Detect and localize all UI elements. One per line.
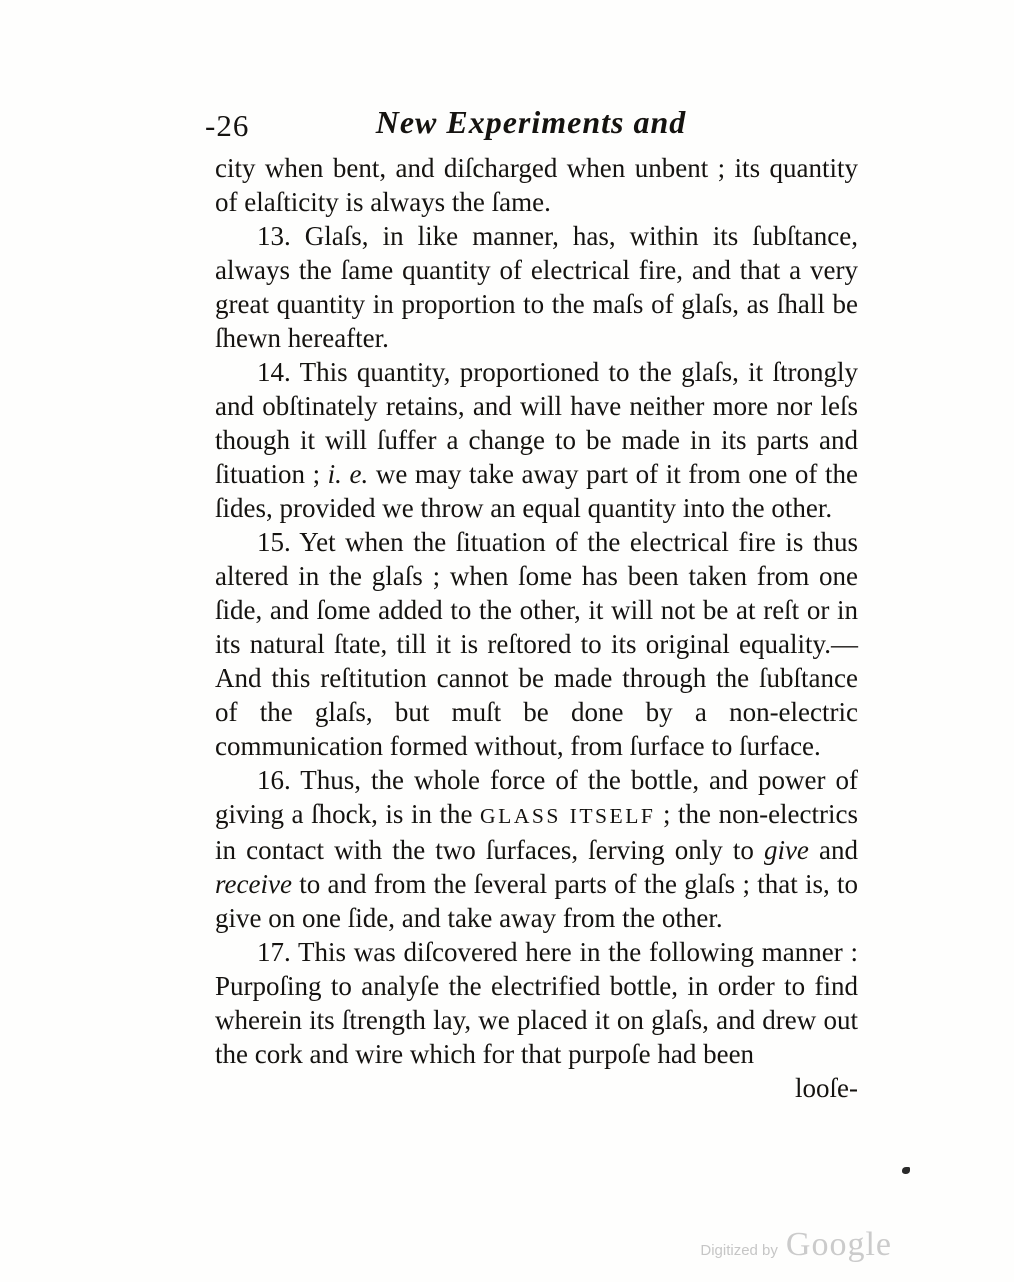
google-logo: Google [786, 1226, 892, 1264]
digitization-watermark: Digitized by Google [700, 1226, 892, 1264]
text-segment: 13. Glaſs, in like manner, has, within i… [215, 221, 858, 353]
text-segment: and [809, 835, 858, 865]
ink-speck [902, 1167, 910, 1174]
text-segment: city when bent, and diſcharged when unbe… [215, 153, 858, 217]
text-segment: i. e. [328, 459, 369, 489]
paragraph: 15. Yet when the ſituation of the electr… [215, 525, 858, 763]
text-segment: 17. This was diſcovered here in the foll… [215, 937, 858, 1069]
paragraph: 14. This quantity, proportioned to the g… [215, 355, 858, 525]
paragraph: city when bent, and diſcharged when unbe… [215, 151, 858, 219]
running-title: New Experiments and [205, 104, 857, 141]
paragraph: 13. Glaſs, in like manner, has, within i… [215, 219, 858, 355]
text-segment: GLASS ITSELF [480, 804, 655, 828]
text-segment: 15. Yet when the ſituation of the electr… [215, 527, 858, 761]
text-segment: give [764, 835, 809, 865]
page-body: city when bent, and diſcharged when unbe… [215, 151, 858, 1105]
paragraph: 16. Thus, the whole force of the bottle,… [215, 763, 858, 935]
catchword: looſe- [215, 1071, 858, 1105]
text-segment: to and from the ſeveral parts of the gla… [215, 869, 858, 933]
book-page-scan: -26 New Experiments and city when bent, … [0, 0, 1014, 1282]
text-segment: receive [215, 869, 292, 899]
watermark-prefix: Digitized by [700, 1242, 778, 1259]
page-header: -26 New Experiments and [205, 104, 857, 148]
paragraph: 17. This was diſcovered here in the foll… [215, 935, 858, 1071]
